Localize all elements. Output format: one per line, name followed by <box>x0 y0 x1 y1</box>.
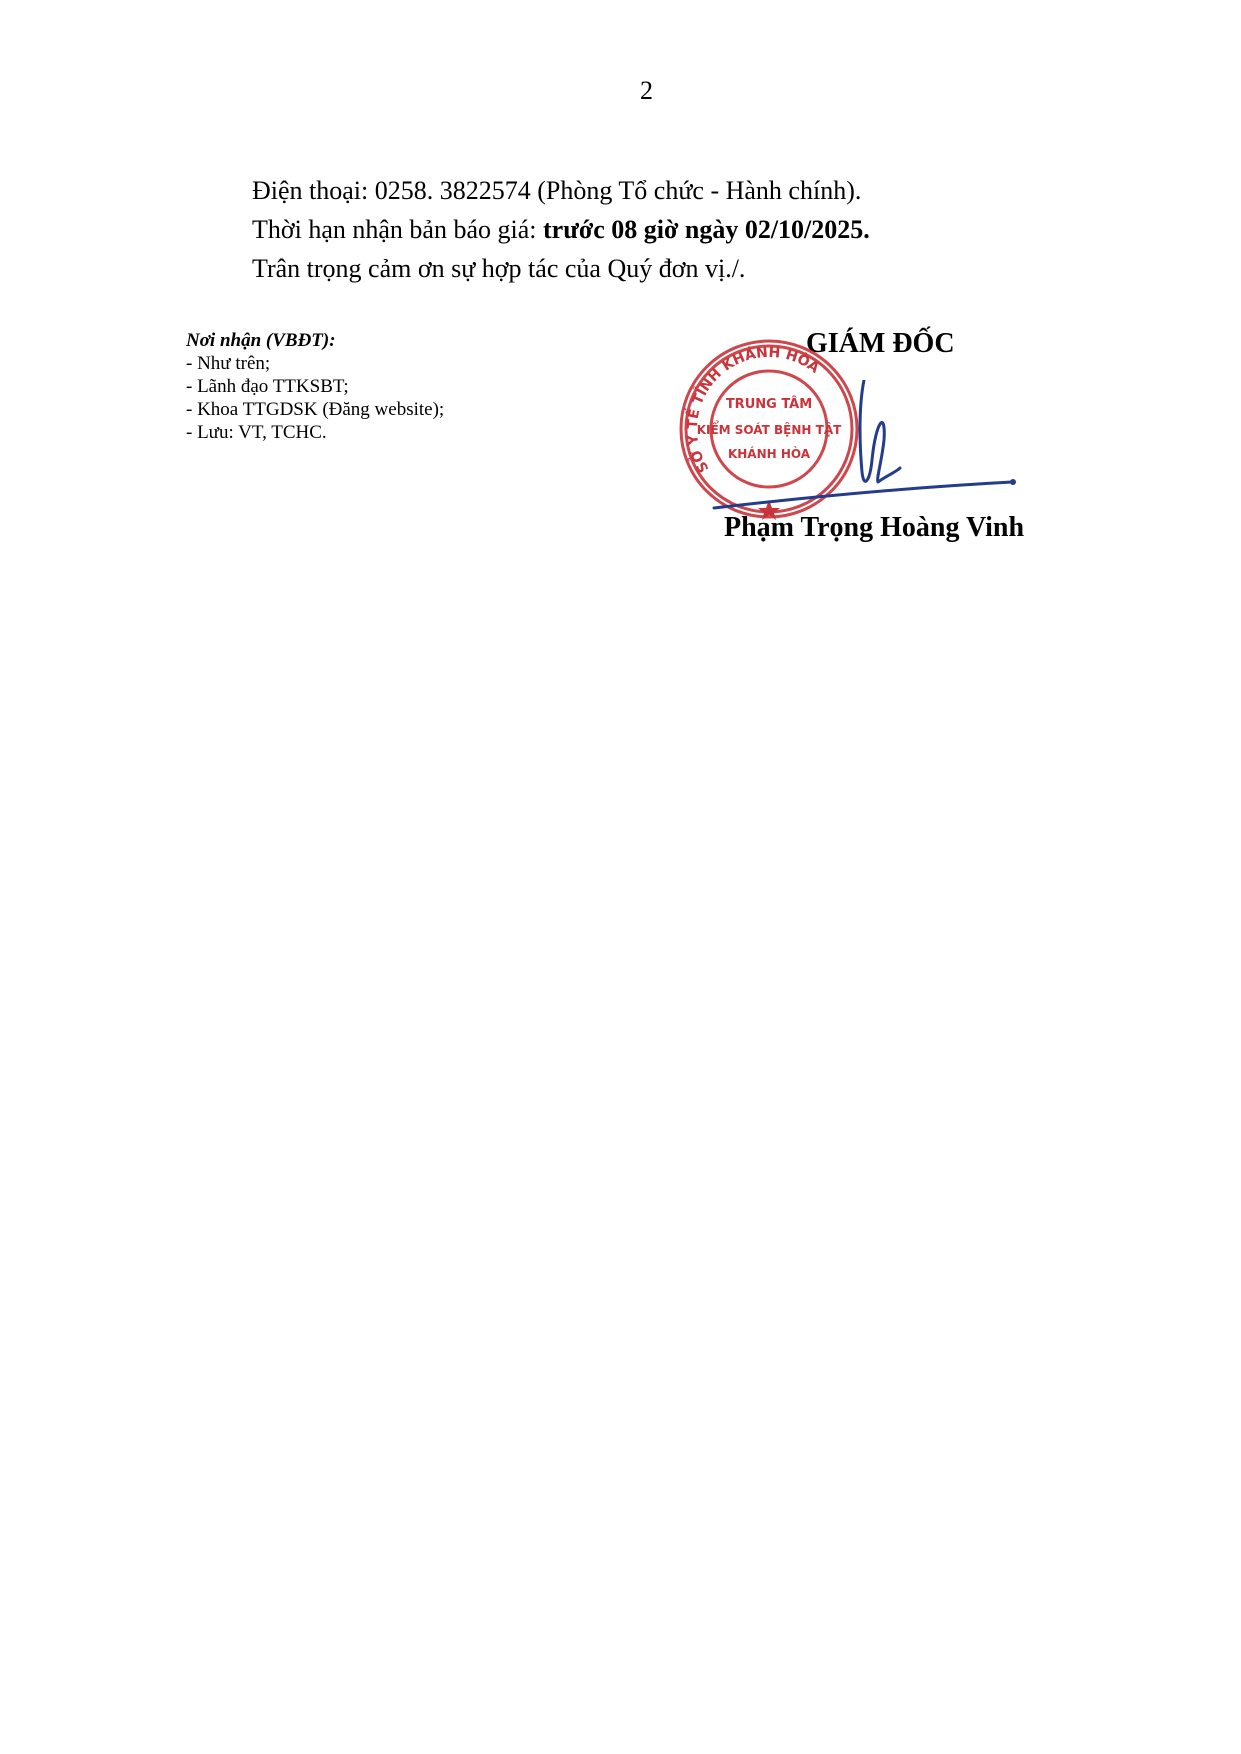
signer-name: Phạm Trọng Hoàng Vinh <box>724 512 1024 544</box>
recipient-item: - Lưu: VT, TCHC. <box>186 421 444 444</box>
recipient-item: - Như trên; <box>186 352 444 375</box>
deadline-prefix: Thời hạn nhận bản báo giá: <box>252 215 543 244</box>
handwritten-signature-icon <box>700 380 1030 520</box>
deadline-date: trước 08 giờ ngày 02/10/2025. <box>543 215 870 244</box>
recipient-item: - Khoa TTGDSK (Đăng website); <box>186 398 444 421</box>
recipient-item: - Lãnh đạo TTKSBT; <box>186 375 444 398</box>
deadline-line: Thời hạn nhận bản báo giá: trước 08 giờ … <box>252 215 870 245</box>
recipients-block: Nơi nhận (VBĐT): - Như trên; - Lãnh đạo … <box>186 329 444 444</box>
closing-line: Trân trọng cảm ơn sự hợp tác của Quý đơn… <box>252 254 745 284</box>
phone-line: Điện thoại: 0258. 3822574 (Phòng Tổ chức… <box>252 176 861 206</box>
recipients-title: Nơi nhận (VBĐT): <box>186 329 444 352</box>
page-number: 2 <box>640 76 653 106</box>
